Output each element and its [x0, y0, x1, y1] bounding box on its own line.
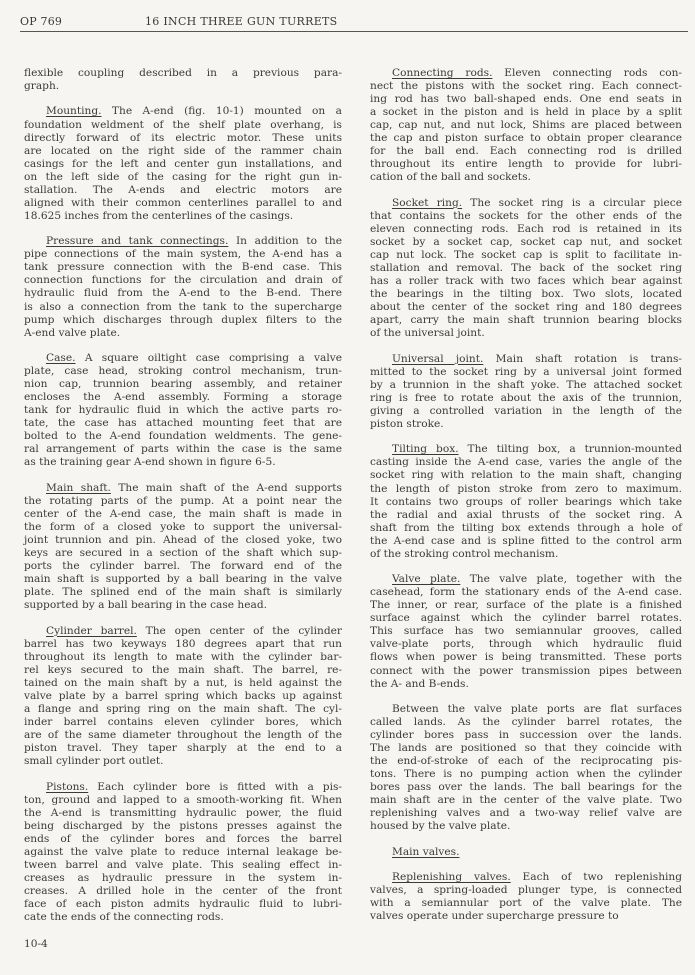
text-line: graph. [24, 80, 342, 93]
text-line: The inner, or rear, surface of the plate… [370, 599, 682, 612]
section-heading: Mounting. [46, 105, 102, 117]
text-line: flows when power is being transmitted. T… [370, 651, 682, 664]
text-line: nion cap, trunnion bearing assembly, and… [24, 378, 342, 391]
text-line: the end-of-stroke of each of the recipro… [370, 755, 682, 768]
text-line: Pressure and tank connectings. In additi… [24, 235, 342, 248]
text-line: piston stroke. [370, 418, 682, 431]
text-line: eleven connecting rods. Each rod is reta… [370, 223, 682, 236]
text-line: casehead, form the stationary ends of th… [370, 586, 682, 599]
section-heading: Tilting box. [392, 443, 459, 455]
text-line: barrel has two keyways 180 degrees apart… [24, 638, 342, 651]
text-line: tank for hydraulic fluid in which the ac… [24, 404, 342, 417]
section-heading: Connecting rods. [392, 67, 492, 79]
text-line: cation of the ball and sockets. [370, 171, 682, 184]
text-line: are of the same diameter throughout the … [24, 729, 342, 742]
section-heading: Main shaft. [46, 482, 111, 494]
document-title: 16 INCH THREE GUN TURRETS [145, 15, 338, 28]
text-line: connect with the power transmission pipe… [370, 665, 682, 678]
text-line: flexible coupling described in a previou… [24, 67, 342, 80]
text-line: pipe connections of the main system, the… [24, 248, 342, 261]
text-line: called lands. As the cylinder barrel rot… [370, 716, 682, 729]
text-line: tained on the main shaft by a nut, is he… [24, 677, 342, 690]
text-line: Socket ring. The socket ring is a circul… [370, 197, 682, 210]
text-line: Main shaft. The main shaft of the A-end … [24, 482, 342, 495]
text-line: throughout its length to mate with the c… [24, 651, 342, 664]
paragraph: flexible coupling described in a previou… [24, 67, 342, 93]
text-line: Valve plate. The valve plate, together w… [370, 573, 682, 586]
text-line: about the center of the socket ring and … [370, 301, 682, 314]
text-line: of the stroking control mechanism. [370, 548, 682, 561]
text-line: valves operate under supercharge pressur… [370, 910, 682, 923]
text-line: It contains two groups of roller bearing… [370, 496, 682, 509]
text-line: encloses the A-end assembly. Forming a s… [24, 391, 342, 404]
paragraph: Main shaft. The main shaft of the A-end … [24, 482, 342, 612]
text-line: nect the pistons with the socket ring. E… [370, 80, 682, 93]
text-line: hydraulic fluid from the A-end to the B-… [24, 287, 342, 300]
paragraph: Valve plate. The valve plate, together w… [370, 573, 682, 690]
paragraph: Main valves. [370, 846, 682, 859]
paragraph: Case. A square oiltight case comprising … [24, 352, 342, 469]
text-line: tons. There is no pumping action when th… [370, 768, 682, 781]
text-line: Pistons. Each cylinder bore is fitted wi… [24, 781, 342, 794]
page-header: OP 769 16 INCH THREE GUN TURRETS [20, 11, 688, 32]
text-line: A-end valve plate. [24, 327, 342, 340]
text-line: 18.625 inches from the centerlines of th… [24, 210, 342, 223]
text-line: by a trunnion in the shaft yoke. The att… [370, 379, 682, 392]
text-line: inder barrel contains eleven cylinder bo… [24, 716, 342, 729]
text-line: This surface has two semiannular grooves… [370, 625, 682, 638]
text-line: ends of the cylinder bores and forces th… [24, 833, 342, 846]
text-line: cylinder bores pass in succession over t… [370, 729, 682, 742]
paragraph: Mounting. The A-end (fig. 10-1) mounted … [24, 105, 342, 222]
text-line: the form of a closed yoke to support the… [24, 521, 342, 534]
paragraph: Tilting box. The tilting box, a trunnion… [370, 443, 682, 560]
text-line: the A-end is transmitting hydraulic powe… [24, 807, 342, 820]
text-line: plate. The splined end of the main shaft… [24, 586, 342, 599]
text-line: casings for the left and center gun inst… [24, 158, 342, 171]
section-heading: Pistons. [46, 781, 88, 793]
text-line: is also a connection from the tank to th… [24, 301, 342, 314]
text-line: center of the A-end case, the main shaft… [24, 508, 342, 521]
text-line: rel keys secured to the main shaft. The … [24, 664, 342, 677]
text-line: ports the cylinder barrel. The forward e… [24, 560, 342, 573]
text-line: connection functions for the circulation… [24, 274, 342, 287]
text-line: the radial and axial thrusts of the sock… [370, 509, 682, 522]
text-line: aligned with their common centerlines pa… [24, 197, 342, 210]
page-number: 10-4 [24, 938, 48, 950]
section-heading: Case. [46, 352, 76, 364]
text-line: tate, the case has attached mounting fee… [24, 417, 342, 430]
text-line: ring is free to rotate about the axis of… [370, 392, 682, 405]
paragraph: Universal joint. Main shaft rotation is … [370, 353, 682, 431]
text-line: creases as hydraulic pressure in the sys… [24, 872, 342, 885]
text-line: face of each piston admits hydraulic flu… [24, 898, 342, 911]
text-line: main shaft is supported by a ball bearin… [24, 573, 342, 586]
paragraph: Pistons. Each cylinder bore is fitted wi… [24, 781, 342, 925]
text-line: casting inside the A-end case, varies th… [370, 456, 682, 469]
text-line: mitted to the socket ring by a universal… [370, 366, 682, 379]
text-line: shaft from the tilting box extends throu… [370, 522, 682, 535]
text-line: The lands are positioned so that they co… [370, 742, 682, 755]
text-line: for the ball end. Each connecting rod is… [370, 145, 682, 158]
section-heading: Socket ring. [392, 197, 462, 209]
text-line: Replenishing valves. Each of two repleni… [370, 871, 682, 884]
text-line: throughout its entire length to provide … [370, 158, 682, 171]
text-line: Case. A square oiltight case comprising … [24, 352, 342, 365]
paragraph: Pressure and tank connectings. In additi… [24, 235, 342, 339]
text-line: socket by a socket cap, socket cap nut, … [370, 236, 682, 249]
paragraph: Replenishing valves. Each of two repleni… [370, 871, 682, 923]
paragraph: Cylinder barrel. The open center of the … [24, 625, 342, 769]
text-line: plate, case head, stroking control mecha… [24, 365, 342, 378]
text-line: keys are secured in a section of the sha… [24, 547, 342, 560]
text-line: small cylinder port outlet. [24, 755, 342, 768]
text-line: surface against which the cylinder barre… [370, 612, 682, 625]
text-line: against the valve plate to reduce intern… [24, 846, 342, 859]
text-line: with a semiannular port of the valve pla… [370, 897, 682, 910]
text-line: housed by the valve plate. [370, 820, 682, 833]
text-line: Connecting rods. Eleven connecting rods … [370, 67, 682, 80]
text-line: ing rod has two ball-shaped ends. One en… [370, 93, 682, 106]
section-heading: Pressure and tank connectings. [46, 235, 228, 247]
text-line: joint trunnion and pin. Ahead of the clo… [24, 534, 342, 547]
text-line: Universal joint. Main shaft rotation is … [370, 353, 682, 366]
text-line: socket ring with relation to the main sh… [370, 469, 682, 482]
text-line: stallation. The A-ends and electric moto… [24, 184, 342, 197]
text-line: cate the ends of the connecting rods. [24, 911, 342, 924]
text-line: valve-plate ports, through which hydraul… [370, 638, 682, 651]
text-line: tween barrel and valve plate. This seali… [24, 859, 342, 872]
text-line: valves, a spring-loaded plunger type, is… [370, 884, 682, 897]
text-line: as the training gear A-end shown in figu… [24, 456, 342, 469]
text-line: that contains the sockets for the other … [370, 210, 682, 223]
text-line: cap nut lock. The socket cap is split to… [370, 249, 682, 262]
text-line: the length of piston stroke from zero to… [370, 483, 682, 496]
text-line: ton, ground and lapped to a smooth-worki… [24, 794, 342, 807]
document-id: OP 769 [20, 15, 62, 28]
right-column: Connecting rods. Eleven connecting rods … [370, 67, 682, 936]
text-line: a flange and spring ring on the main sha… [24, 703, 342, 716]
text-line: bolted to the A-end foundation weldments… [24, 430, 342, 443]
text-line: foundation weldment of the shelf plate o… [24, 119, 342, 132]
section-heading: Main valves. [392, 846, 460, 858]
section-heading: Valve plate. [392, 573, 460, 585]
text-line: the cap and piston surface to obtain pro… [370, 132, 682, 145]
text-line: a socket in the piston and is held in pl… [370, 106, 682, 119]
left-column: flexible coupling described in a previou… [24, 67, 342, 937]
text-line: Cylinder barrel. The open center of the … [24, 625, 342, 638]
paragraph: Socket ring. The socket ring is a circul… [370, 197, 682, 341]
text-line: supported by a ball bearing in the case … [24, 599, 342, 612]
text-line: are located on the right side of the ram… [24, 145, 342, 158]
text-line: Mounting. The A-end (fig. 10-1) mounted … [24, 105, 342, 118]
text-line: Between the valve plate ports are flat s… [370, 703, 682, 716]
section-heading: Replenishing valves. [392, 871, 511, 883]
text-line: directly forward of its electric motor. … [24, 132, 342, 145]
text-line: the bearings in the tilting box. Two slo… [370, 288, 682, 301]
text-line: being discharged by the pistons presses … [24, 820, 342, 833]
paragraph: Connecting rods. Eleven connecting rods … [370, 67, 682, 184]
text-line: bores pass over the lands. The ball bear… [370, 781, 682, 794]
text-line: creases. A drilled hole in the center of… [24, 885, 342, 898]
text-line: pump which discharges through duplex fil… [24, 314, 342, 327]
text-line: giving a controlled variation in the len… [370, 405, 682, 418]
section-heading: Universal joint. [392, 353, 483, 365]
text-line: the rotating parts of the pump. At a poi… [24, 495, 342, 508]
text-line: replenishing valves and a two-way relief… [370, 807, 682, 820]
text-line: valve plate by a barrel spring which bac… [24, 690, 342, 703]
text-line: apart, carry the main shaft trunnion bea… [370, 314, 682, 327]
text-line: piston travel. They taper sharply at the… [24, 742, 342, 755]
text-line: Tilting box. The tilting box, a trunnion… [370, 443, 682, 456]
text-line: has a roller track with two faces which … [370, 275, 682, 288]
text-line: the A- and B-ends. [370, 678, 682, 691]
section-heading: Cylinder barrel. [46, 625, 137, 637]
text-line: the A-end case and is spline fitted to t… [370, 535, 682, 548]
text-line: main shaft are in the center of the valv… [370, 794, 682, 807]
text-line: tank pressure connection with the B-end … [24, 261, 342, 274]
paragraph: Between the valve plate ports are flat s… [370, 703, 682, 833]
text-line: ral arrangement of parts within the case… [24, 443, 342, 456]
text-line: on the left side of the casing for the r… [24, 171, 342, 184]
text-line: stallation and removal. The back of the … [370, 262, 682, 275]
text-line: of the universal joint. [370, 327, 682, 340]
text-line: cap, cap nut, and nut lock, Shims are pl… [370, 119, 682, 132]
